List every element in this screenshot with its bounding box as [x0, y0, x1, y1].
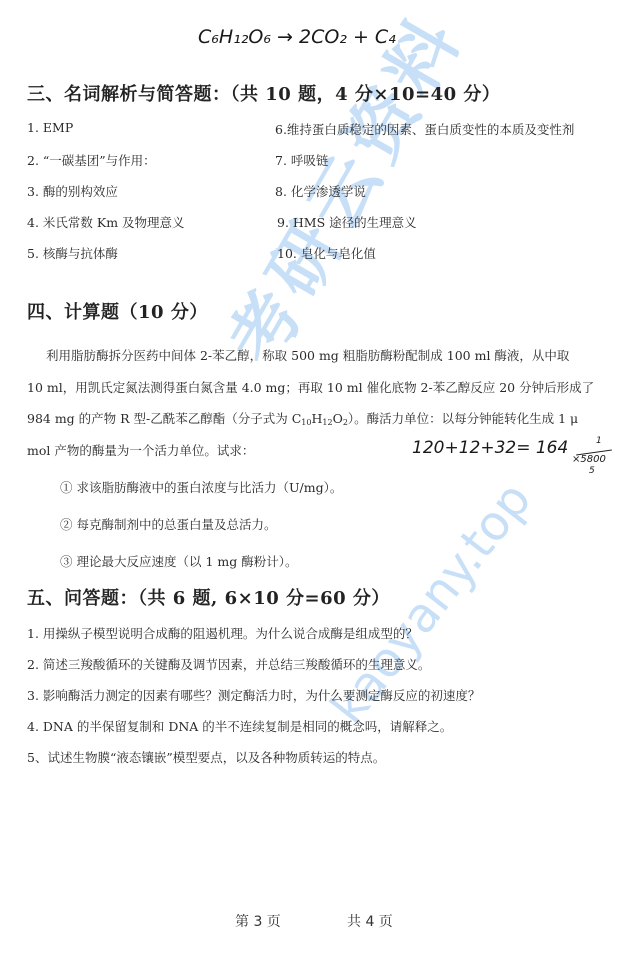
term-item-7: 7. 呼吸链	[275, 151, 328, 169]
essay-item-1: 1. 用操纵子模型说明合成酶的阻遏机理。为什么说合成酶是组成型的？	[27, 624, 418, 642]
calc-problem-line-2: 10 ml，用凯氏定氮法测得蛋白氮含量 4.0 mg；再取 10 ml 催化底物…	[27, 378, 594, 396]
essay-item-2: 2. 简述三羧酸循环的关键酶及调节因素，并总结三羧酸循环的生理意义。	[27, 655, 430, 673]
handwritten-fraction-bottom: ×5800	[572, 454, 606, 465]
handwritten-fraction-sub: 5	[589, 466, 595, 476]
section-5-title: 五、问答题：（共 6 题, 6×10 分=60 分）	[27, 584, 390, 610]
term-item-1: 1. EMP	[27, 120, 73, 135]
essay-item-5: 5、试述生物膜“液态镶嵌”模型要点，以及各种物质转运的特点。	[27, 748, 385, 766]
formula-o: O	[333, 411, 343, 426]
formula-h: H	[311, 411, 322, 426]
handwritten-formula: C₆H₁₂O₆ → 2CO₂ + C₄	[198, 26, 396, 48]
term-item-6: 6.维持蛋白质稳定的因素、蛋白质变性的本质及变性剂	[275, 120, 574, 138]
line-3-prefix: 984 mg 的产物 R 型-乙酰苯乙醇酯（分子式为 C	[27, 411, 301, 426]
page-total: 共 4 页	[347, 911, 393, 931]
formula-sub-c: 10	[301, 418, 311, 427]
term-item-5: 5. 核酶与抗体酶	[27, 244, 118, 262]
page-number: 第 3 页	[235, 911, 281, 931]
handwritten-fraction-top: 1	[596, 436, 602, 446]
term-item-10: 10. 皂化与皂化值	[277, 244, 376, 262]
term-item-2: 2. “一碳基团”与作用：	[27, 151, 156, 169]
calc-problem-line-1: 利用脂肪酶拆分医药中间体 2-苯乙醇，称取 500 mg 粗脂肪酶粉配制成 10…	[46, 346, 569, 364]
term-item-4: 4. 米氏常数 Km 及物理意义	[27, 213, 185, 231]
calc-problem-line-3: 984 mg 的产物 R 型-乙酰苯乙醇酯（分子式为 C10H12O2）。酶活力…	[27, 409, 578, 427]
formula-sub-h: 12	[322, 418, 332, 427]
calc-problem-line-4: mol 产物的酶量为一个活力单位。试求：	[27, 441, 254, 459]
calc-question-2: ② 每克酶制剂中的总蛋白量及总活力。	[60, 515, 276, 533]
calc-question-1: ① 求该脂肪酶液中的蛋白浓度与比活力（U/mg）。	[60, 478, 342, 496]
essay-item-4: 4. DNA 的半保留复制和 DNA 的半不连续复制是相同的概念吗，请解释之。	[27, 717, 452, 735]
handwritten-calc: 120+12+32= 164	[412, 438, 568, 458]
line-3-suffix: ）。酶活力单位：以每分钟能转化生成 1 μ	[348, 411, 578, 426]
calc-question-3: ③ 理论最大反应速度（以 1 mg 酶粉计）。	[60, 552, 297, 570]
section-3-title: 三、名词解析与简答题：（共 10 题，4 分×10=40 分）	[27, 80, 500, 106]
term-item-9: 9. HMS 途径的生理意义	[277, 213, 417, 231]
essay-item-3: 3. 影响酶活力测定的因素有哪些？测定酶活力时，为什么要测定酶反应的初速度？	[27, 686, 480, 704]
term-item-3: 3. 酶的别构效应	[27, 182, 118, 200]
term-item-8: 8. 化学渗透学说	[275, 182, 366, 200]
section-4-title: 四、计算题（10 分）	[27, 298, 208, 324]
